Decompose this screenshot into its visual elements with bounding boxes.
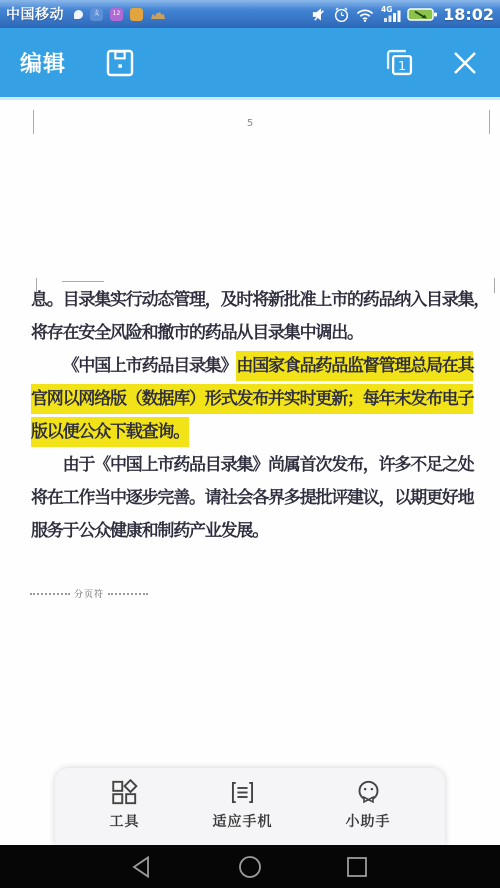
clock-label: 18:02	[443, 5, 494, 24]
app-icon-blue: 支	[90, 8, 103, 21]
assistant-button[interactable]: 小助手	[346, 779, 391, 831]
page-break-label: 分页符	[70, 587, 108, 600]
back-icon	[130, 854, 156, 880]
document-line: 息。目录集实行动态管理，及时将新批准上市的药品纳入目录集，	[31, 284, 490, 317]
save-button[interactable]	[104, 47, 136, 79]
document-line: 将存在安全风险和撤市的药品从目录集中调出。	[31, 317, 490, 350]
app-icon-purple: 12	[110, 8, 123, 21]
alarm-icon	[333, 6, 350, 23]
window-count-button[interactable]: 1	[383, 46, 416, 79]
status-icons: 4G 18:02	[311, 5, 494, 24]
text-run: 将存在安全风险和撤市的药品从目录集中调出。	[31, 323, 363, 343]
document-line: 官网以网络版（数据库）形式发布并实时更新；每年末发布电子	[31, 383, 490, 416]
android-nav-bar	[0, 845, 500, 888]
window-count-icon: 1	[383, 46, 416, 79]
document-line: 由于《中国上市药品目录集》尚属首次发布，许多不足之处	[31, 449, 490, 482]
notification-badge: 12	[113, 11, 121, 17]
home-button[interactable]	[237, 854, 263, 880]
wifi-icon	[355, 6, 375, 22]
carrier-label: 中国移动	[6, 4, 64, 24]
fit-phone-icon	[229, 779, 256, 806]
phone-screen: 中国移动 支 12	[0, 0, 500, 888]
assistant-label: 小助手	[346, 811, 391, 831]
fit-phone-button[interactable]: 适应手机	[213, 779, 273, 831]
highlighted-text: 官网以网络版（数据库）形式发布并实时更新；每年末发布电子	[31, 384, 473, 414]
page-break-dash	[30, 593, 70, 595]
tools-label: 工具	[110, 811, 140, 831]
highlighted-text: 版以便公众下载查询。	[31, 417, 189, 447]
bottom-toolbar: 工具 适应手机 小助手	[55, 768, 445, 845]
crop-mark	[62, 281, 104, 282]
floppy-save-icon	[104, 47, 136, 79]
crop-mark	[489, 110, 490, 134]
text-run: 由于《中国上市药品目录集》尚属首次发布，许多不足之处	[63, 455, 474, 475]
mute-icon	[311, 6, 328, 23]
window-count-label: 1	[398, 58, 406, 73]
document-line: 将在工作当中逐步完善。请社会各界多提批评建议，以期更好地	[31, 482, 490, 515]
document-line: 《中国上市药品目录集》由国家食品药品监督管理总局在其	[31, 350, 490, 383]
app-icon-camel	[150, 8, 166, 20]
tools-grid-icon	[111, 779, 138, 806]
document-line: 服务于公众健康和制药产业发展。	[31, 515, 490, 548]
page-break-dash	[108, 593, 148, 595]
text-run: 息。目录集实行动态管理，及时将新批准上市的药品纳入目录集，	[31, 290, 489, 310]
home-icon	[237, 854, 263, 880]
page-number: 5	[0, 118, 500, 129]
document-page[interactable]: 5 息。目录集实行动态管理，及时将新批准上市的药品纳入目录集，将存在安全风险和撤…	[0, 100, 500, 845]
crop-mark	[494, 278, 495, 293]
recents-button[interactable]	[344, 854, 370, 880]
recents-icon	[344, 854, 370, 880]
fit-phone-label: 适应手机	[213, 811, 273, 831]
document-line: 版以便公众下载查询。	[31, 416, 490, 449]
assistant-face-icon	[355, 779, 382, 806]
network-type-label: 4G	[381, 5, 392, 14]
page-title: 编辑	[20, 47, 66, 78]
tools-button[interactable]: 工具	[110, 779, 140, 831]
text-run: 《中国上市药品目录集》	[63, 356, 237, 376]
battery-charging-icon	[407, 7, 438, 22]
chat-dot-icon	[74, 10, 83, 19]
edit-toolbar: 编辑 1	[0, 28, 500, 97]
page-break-marker: 分页符	[30, 587, 148, 600]
app-icon-orange	[130, 8, 143, 21]
document-text: 息。目录集实行动态管理，及时将新批准上市的药品纳入目录集，将存在安全风险和撤市的…	[31, 284, 490, 548]
text-run: 服务于公众健康和制药产业发展。	[31, 521, 268, 541]
highlighted-text: 由国家食品药品监督管理总局在其	[236, 351, 473, 381]
close-x-icon	[450, 48, 480, 78]
crop-mark	[33, 110, 34, 134]
text-run: 将在工作当中逐步完善。请社会各界多提批评建议，以期更好地	[31, 488, 473, 508]
status-bar: 中国移动 支 12	[0, 0, 500, 28]
notification-icons: 支 12	[74, 8, 166, 21]
signal-4g-icon: 4G	[380, 5, 402, 23]
close-button[interactable]	[450, 48, 480, 78]
back-button[interactable]	[130, 854, 156, 880]
